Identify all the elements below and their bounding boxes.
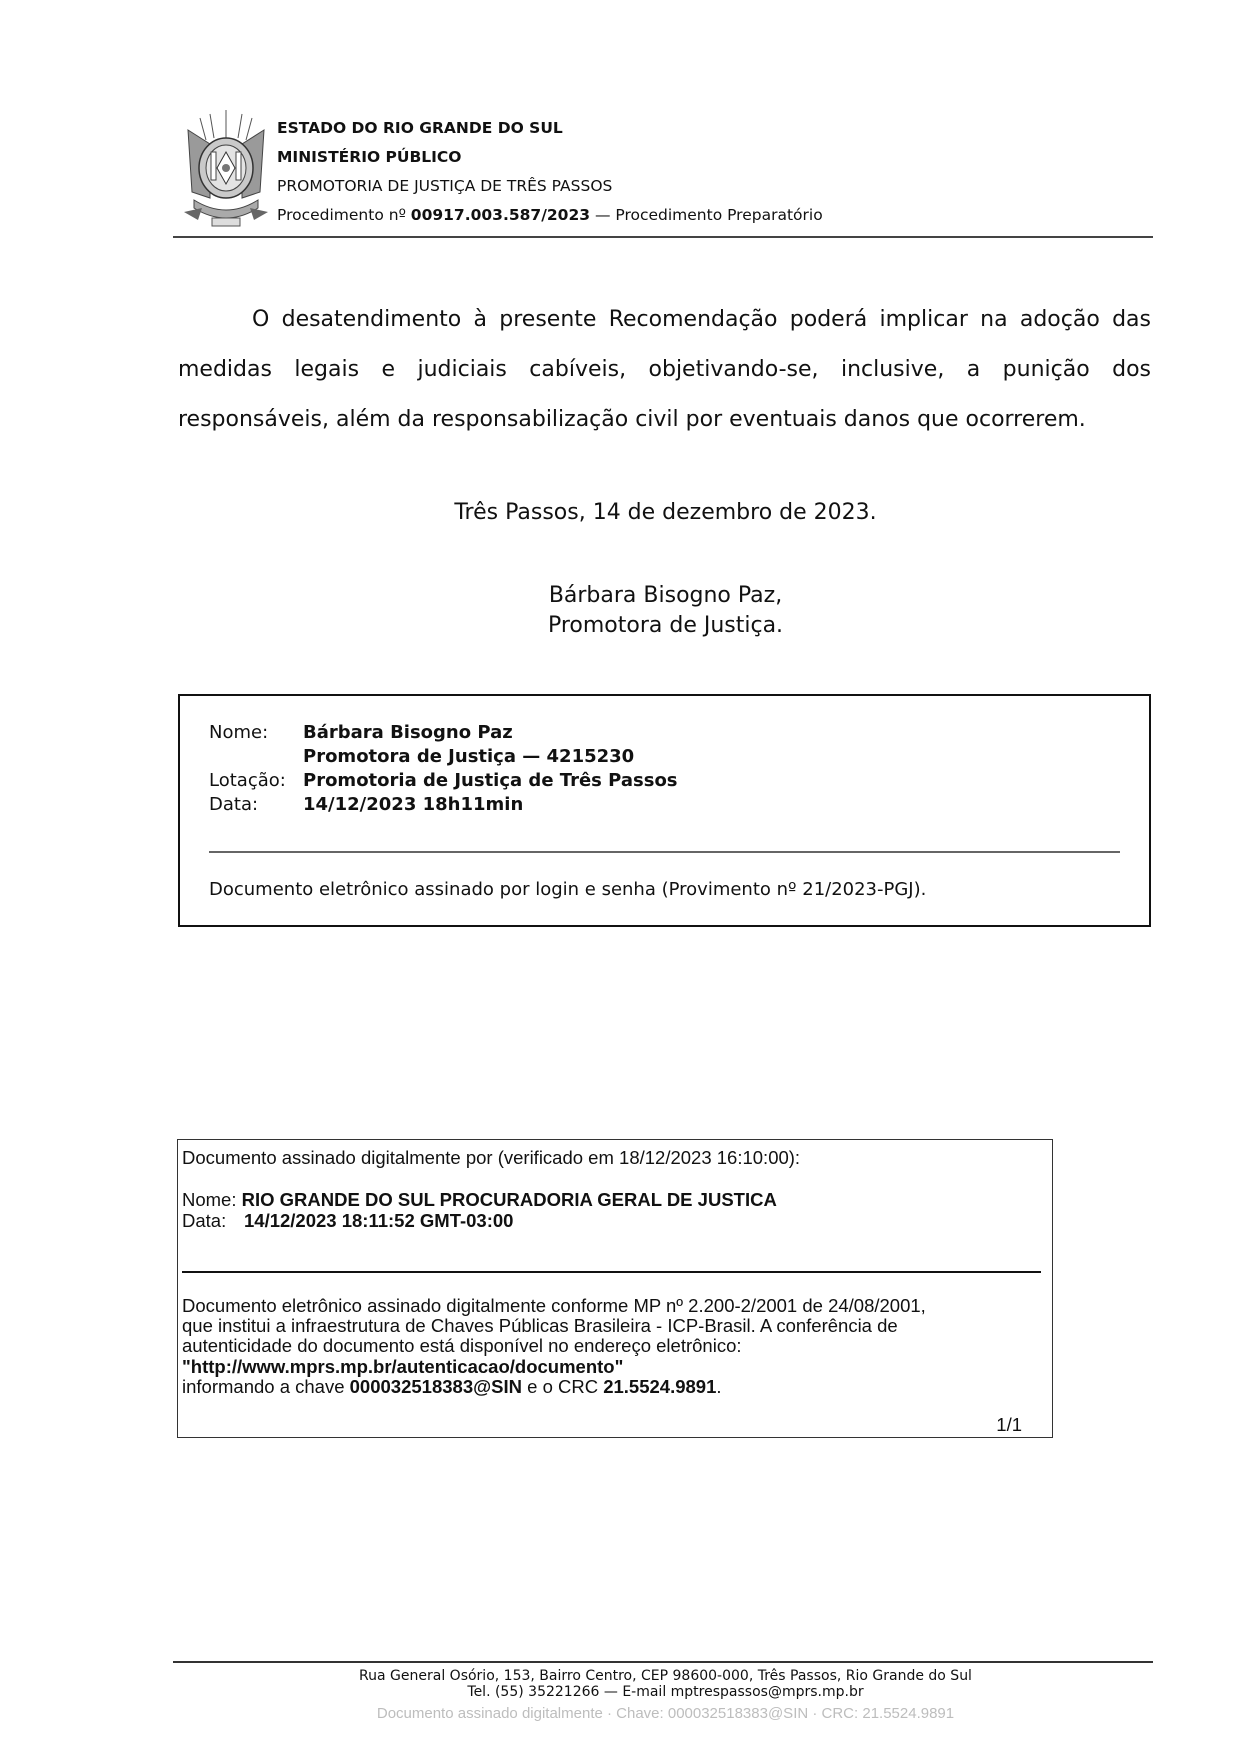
footer-address: Rua General Osório, 153, Bairro Centro, … <box>0 1668 1241 1684</box>
authentication-key: 000032518383@SIN <box>350 1376 522 1397</box>
digital-signature-heading: Documento assinado digitalmente por (ver… <box>182 1147 800 1168</box>
footer-watermark: Documento assinado digitalmente · Chave:… <box>0 1706 1241 1722</box>
signature-row-date: Data:14/12/2023 18h11min <box>209 793 523 817</box>
page-indicator: 1/1 <box>996 1414 1022 1436</box>
authentication-url: "http://www.mprs.mp.br/autenticacao/docu… <box>182 1356 623 1377</box>
signature-row-name: Nome:Bárbara Bisogno Paz <box>209 721 513 745</box>
coat-of-arms-icon <box>180 108 272 232</box>
digital-signature-date: Data:14/12/2023 18:11:52 GMT-03:00 <box>182 1210 513 1231</box>
signature-row-unit: Lotação:Promotoria de Justiça de Três Pa… <box>209 769 678 793</box>
digital-signature-divider <box>182 1271 1041 1273</box>
footer-contact: Tel. (55) 35221266 — E-mail mptrespassos… <box>0 1684 1241 1700</box>
recommendation-paragraph: O desatendimento à presente Recomendação… <box>178 295 1151 445</box>
header-institution: MINISTÉRIO PÚBLICO <box>277 147 462 167</box>
digital-signature-box: Documento assinado digitalmente por (ver… <box>177 1139 1053 1438</box>
header-state: ESTADO DO RIO GRANDE DO SUL <box>277 118 563 138</box>
header-divider <box>173 236 1153 238</box>
digital-signature-text-3: autenticidade do documento está disponív… <box>182 1335 742 1356</box>
place-date: Três Passos, 14 de dezembro de 2023. <box>0 500 1241 525</box>
signature-note: Documento eletrônico assinado por login … <box>209 879 926 900</box>
footer-divider <box>173 1661 1153 1663</box>
signature-box-divider <box>209 851 1120 853</box>
signature-row-role: Promotora de Justiça — 4215230 <box>209 745 634 769</box>
signer-name: Bárbara Bisogno Paz, <box>0 583 1241 608</box>
signer-title: Promotora de Justiça. <box>0 613 1241 638</box>
crc-code: 21.5524.9891 <box>603 1376 716 1397</box>
header-office: PROMOTORIA DE JUSTIÇA DE TRÊS PASSOS <box>277 176 612 196</box>
electronic-signature-box: Nome:Bárbara Bisogno Paz Promotora de Ju… <box>178 694 1151 927</box>
procedure-number: 00917.003.587/2023 <box>411 206 590 224</box>
digital-signature-text-1: Documento eletrônico assinado digitalmen… <box>182 1295 926 1316</box>
authentication-key-line: informando a chave 000032518383@SIN e o … <box>182 1376 722 1397</box>
digital-signature-name: Nome: RIO GRANDE DO SUL PROCURADORIA GER… <box>182 1189 777 1210</box>
header-procedure: Procedimento nº 00917.003.587/2023 — Pro… <box>277 205 823 225</box>
digital-signature-text-2: que institui a infraestrutura de Chaves … <box>182 1315 898 1336</box>
